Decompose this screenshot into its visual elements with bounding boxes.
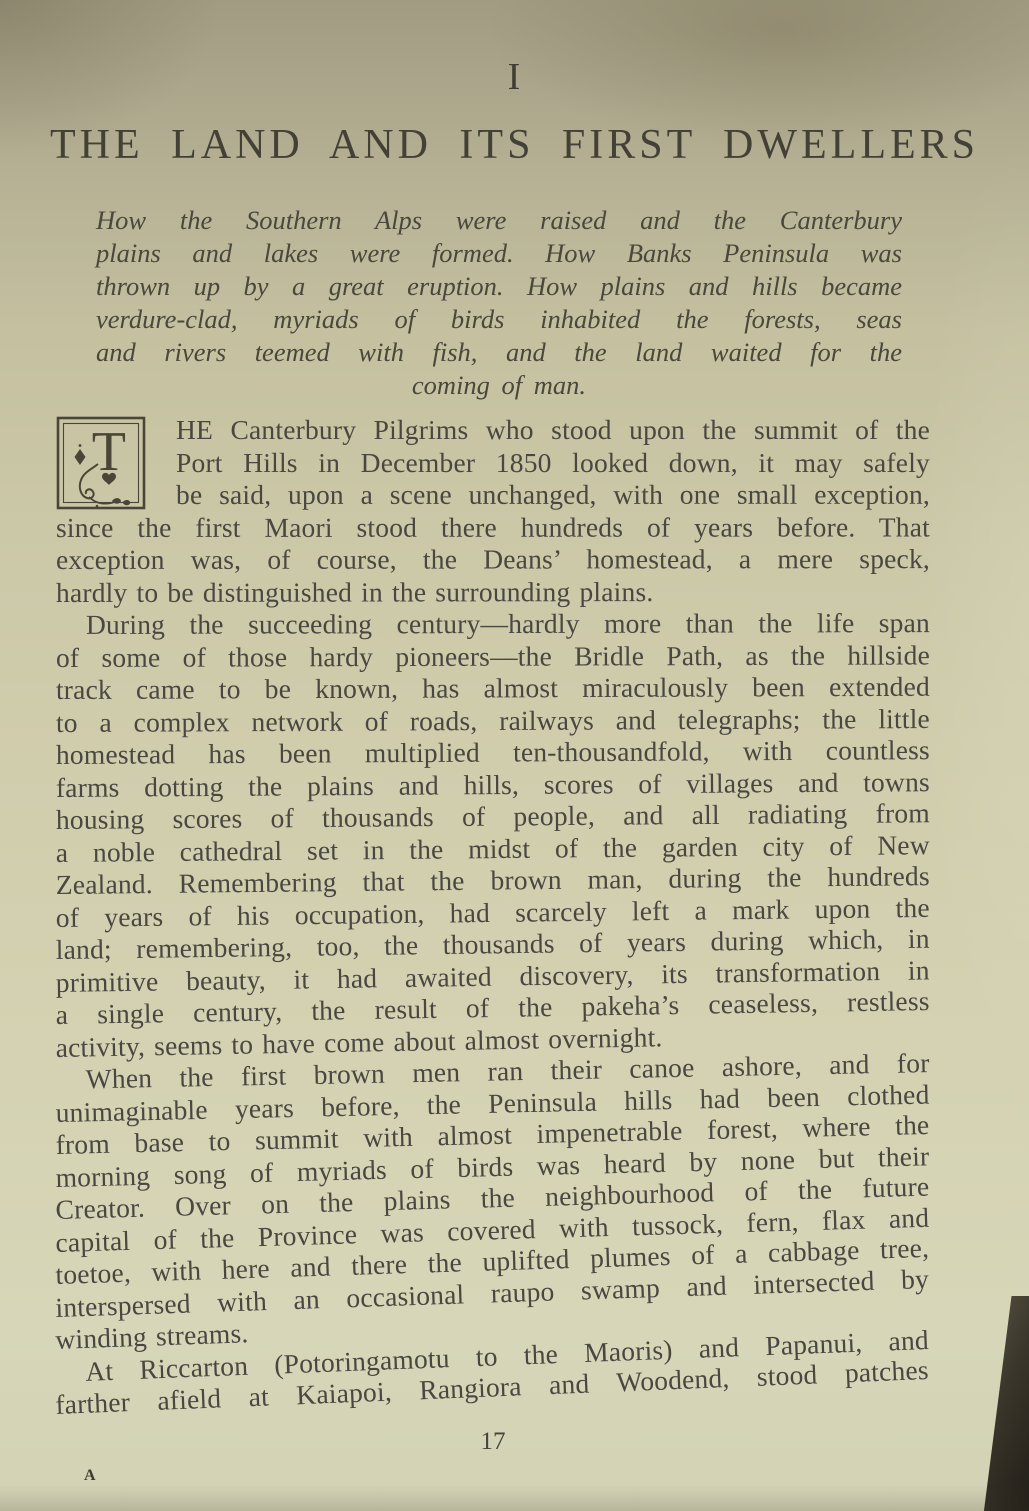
- epigraph-line: plains and lakes were formed. How Banks …: [96, 237, 902, 270]
- body-text: T HE Canterbury Pilgrims who stood upon …: [56, 414, 930, 1422]
- epigraph-line: verdure-clad, myriads of birds inhabited…: [96, 303, 902, 336]
- page-corner-shadow: [983, 1296, 1029, 1511]
- book-page: I THE LAND AND ITS FIRST DWELLERS How th…: [0, 0, 1029, 1511]
- text-line: Port Hills in December 1850 looked down,…: [56, 446, 930, 479]
- text-line: of some of those hardy pioneers—the Brid…: [56, 639, 930, 674]
- signature-mark: A: [84, 1467, 97, 1485]
- epigraph-line: How the Southern Alps were raised and th…: [96, 204, 902, 237]
- paragraph-2: During the succeeding century—hardly mor…: [56, 609, 930, 1064]
- text-line: exception was, of course, the Deans’ hom…: [56, 543, 930, 576]
- text-line: hardly to be distinguished in the surrou…: [56, 575, 930, 609]
- paragraph-3: When the first brown men ran their canoe…: [56, 1064, 930, 1357]
- epigraph: How the Southern Alps were raised and th…: [96, 204, 902, 402]
- text-line: since the first Maori stood there hundre…: [56, 511, 930, 544]
- text-line: homestead has been multiplied ten-thousa…: [56, 734, 930, 771]
- text-line: track came to be known, has almost mirac…: [56, 671, 930, 707]
- paragraph-4: At Riccarton (Potoringamotu to the Maori…: [56, 1357, 930, 1422]
- text-line: to a complex network of roads, railways …: [56, 702, 930, 739]
- text-line: be said, upon a scene unchanged, with on…: [56, 479, 930, 512]
- chapter-number: I: [0, 58, 1029, 96]
- paragraph-1: T HE Canterbury Pilgrims who stood upon …: [56, 414, 930, 609]
- text-line: During the succeeding century—hardly mor…: [56, 607, 930, 641]
- chapter-title: THE LAND AND ITS FIRST DWELLERS: [0, 124, 1029, 166]
- epigraph-line: coming of man.: [96, 369, 902, 402]
- page-number: 17: [56, 1428, 930, 1456]
- epigraph-line: thrown up by a great eruption. How plain…: [96, 270, 902, 303]
- text-line: HE Canterbury Pilgrims who stood upon th…: [56, 414, 930, 447]
- epigraph-line: and rivers teemed with fish, and the lan…: [96, 336, 902, 369]
